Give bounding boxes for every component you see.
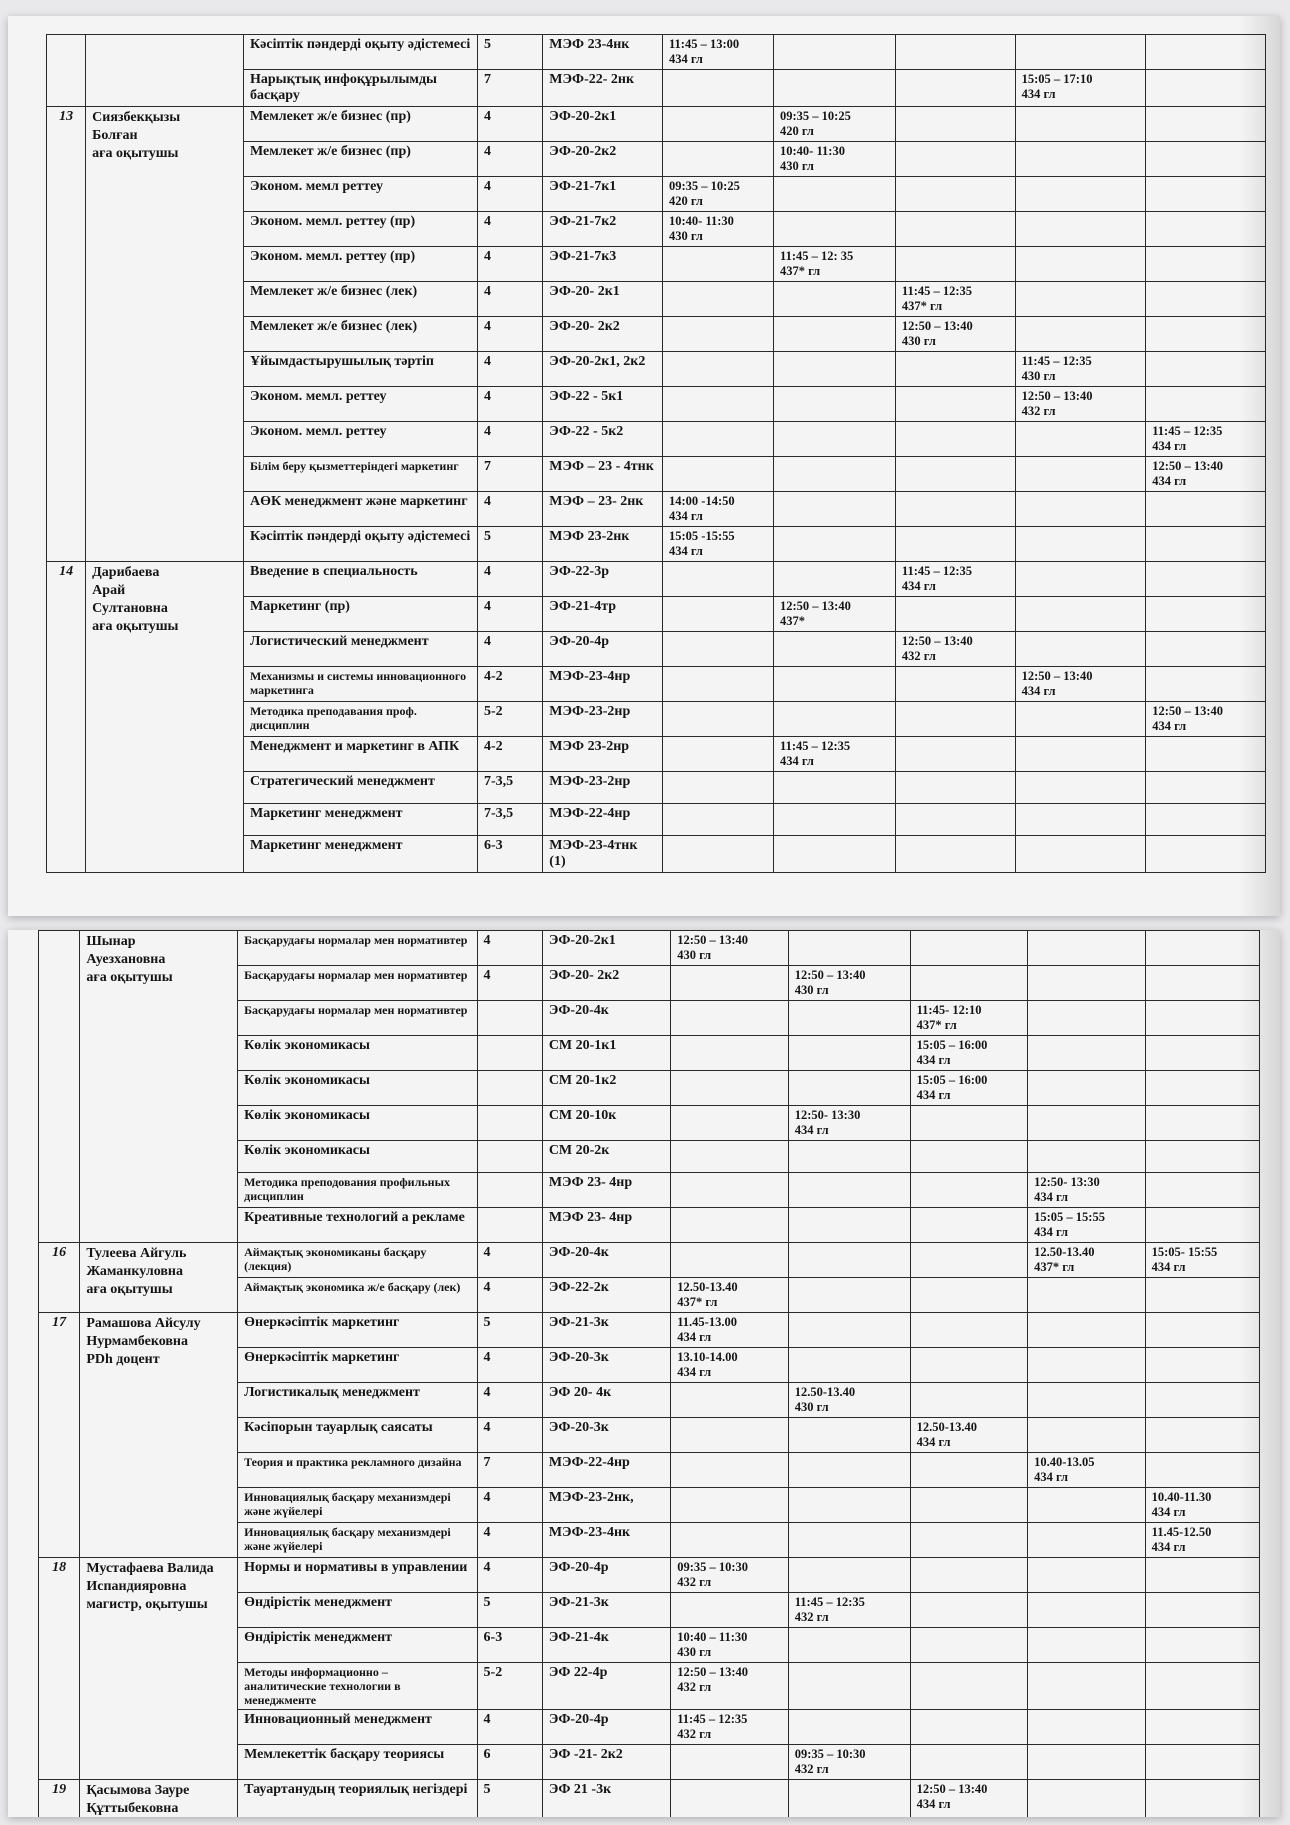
time-slot-cell — [895, 212, 1015, 247]
time-slot-cell — [910, 931, 1028, 966]
time-slot-cell — [1146, 387, 1266, 422]
teacher-cell: ДарибаеваАрайСултановнааға оқытушы — [86, 562, 244, 873]
time-slot-cell — [1146, 772, 1266, 804]
group-cell: ЭФ 21 -3к — [542, 1780, 670, 1818]
time-slot-cell — [910, 1628, 1028, 1663]
time-slot-cell — [910, 1663, 1028, 1710]
slot-time: 12:50- 13:30 — [1034, 1175, 1139, 1190]
slot-time: 15:05- 15:55 — [1152, 1245, 1253, 1260]
time-slot-cell — [788, 1488, 910, 1523]
time-slot-cell — [1146, 527, 1266, 562]
time-slot-cell — [1015, 212, 1146, 247]
time-slot-cell: 09:35 – 10:30432 гл — [788, 1745, 910, 1780]
teacher-cell: Тулеева АйгульЖаманкуловнааға оқытушы — [80, 1243, 238, 1313]
time-slot-cell — [1028, 1348, 1146, 1383]
time-slot-cell — [1145, 1745, 1259, 1780]
time-slot-cell — [1015, 35, 1146, 70]
time-slot-cell — [671, 1745, 789, 1780]
time-slot-cell — [895, 597, 1015, 632]
time-slot-cell: 10.40-11.30434 гл — [1145, 1488, 1259, 1523]
time-slot-cell — [671, 1071, 789, 1106]
group-cell: ЭФ-20-2к2 — [543, 142, 663, 177]
time-slot-cell — [1015, 836, 1146, 873]
subject-cell: Введение в специальность — [243, 562, 477, 597]
group-cell: МЭФ-23-2нр — [543, 702, 663, 737]
teacher-name-line: аға оқытушы — [92, 618, 237, 636]
time-slot-cell: 10:40 – 11:30430 гл — [671, 1628, 789, 1663]
slot-room: 434 гл — [1152, 1540, 1253, 1555]
slot-room: 432 гл — [902, 649, 1009, 664]
teacher-number: 18 — [39, 1558, 80, 1780]
time-slot-cell — [910, 1313, 1028, 1348]
time-slot-cell — [671, 1488, 789, 1523]
time-slot-cell — [1028, 1141, 1146, 1173]
time-slot-cell — [1145, 1036, 1259, 1071]
group-cell: ЭФ-20-4р — [542, 1558, 670, 1593]
time-slot-cell — [1145, 1071, 1259, 1106]
time-slot-cell — [895, 70, 1015, 107]
teacher-cell: ШынарАуезхановнааға оқытушы — [80, 931, 238, 1243]
subject-cell: Методы информационно – аналитические тех… — [238, 1663, 477, 1710]
time-slot-cell — [1146, 352, 1266, 387]
subject-cell: Білім беру қызметтеріндегі маркетинг — [243, 457, 477, 492]
group-cell: ЭФ-21-4тр — [543, 597, 663, 632]
time-slot-cell — [1146, 317, 1266, 352]
credits-cell: 4 — [477, 1418, 542, 1453]
subject-cell: Инновациялық басқару механизмдері және ж… — [238, 1488, 477, 1523]
time-slot-cell — [910, 1243, 1028, 1278]
slot-room: 434 гл — [669, 544, 767, 559]
subject-cell: Методика преподования профильных дисципл… — [238, 1173, 477, 1208]
time-slot-cell — [774, 804, 896, 836]
credits-cell: 4 — [477, 1243, 542, 1278]
slot-room: 437* гл — [780, 264, 889, 279]
time-slot-cell: 15:05 -15:55434 гл — [663, 527, 774, 562]
slot-time: 12.50-13.40 — [1034, 1245, 1139, 1260]
slot-time: 15:05 – 16:00 — [917, 1073, 1022, 1088]
teacher-name-line: магистр, оқытушы — [86, 1596, 231, 1614]
time-slot-cell — [1015, 562, 1146, 597]
slot-room: 437* гл — [1034, 1260, 1139, 1275]
time-slot-cell — [1145, 1173, 1259, 1208]
time-slot-cell — [1146, 142, 1266, 177]
group-cell: ЭФ-20-2к1 — [542, 931, 670, 966]
group-cell: ЭФ 22-4р — [542, 1663, 670, 1710]
time-slot-cell — [1145, 1313, 1259, 1348]
subject-cell: Маркетинг менеджмент — [243, 804, 477, 836]
time-slot-cell — [1146, 804, 1266, 836]
time-slot-cell — [774, 702, 896, 737]
time-slot-cell: 11.45-13.00434 гл — [671, 1313, 789, 1348]
slot-time: 11:45 – 12:35 — [902, 284, 1009, 299]
time-slot-cell — [910, 1558, 1028, 1593]
time-slot-cell: 12.50-13.40430 гл — [788, 1383, 910, 1418]
time-slot-cell: 11:45 – 12: 35437* гл — [774, 247, 896, 282]
time-slot-cell: 09:35 – 10:25420 гл — [663, 177, 774, 212]
slot-room: 437* — [780, 614, 889, 629]
time-slot-cell — [663, 247, 774, 282]
time-slot-cell — [788, 1071, 910, 1106]
time-slot-cell — [895, 804, 1015, 836]
time-slot-cell — [1028, 1488, 1146, 1523]
credits-cell: 4 — [477, 142, 542, 177]
slot-time: 10.40-11.30 — [1152, 1490, 1253, 1505]
time-slot-cell — [895, 836, 1015, 873]
time-slot-cell — [671, 1106, 789, 1141]
slot-room: 430 гл — [1022, 369, 1140, 384]
time-slot-cell: 11.45-12.50434 гл — [1145, 1523, 1259, 1558]
document-page-1: Кәсіптік пәндерді оқыту әдістемесі5МЭФ 2… — [8, 16, 1280, 916]
subject-cell: Кәсіптік пәндерді оқыту әдістемесі — [243, 527, 477, 562]
time-slot-cell — [1145, 1418, 1259, 1453]
slot-time: 12:50 – 13:40 — [1022, 389, 1140, 404]
slot-time: 11:45 – 12: 35 — [780, 249, 889, 264]
teacher-name-line: Султановна — [92, 600, 237, 618]
time-slot-cell — [910, 1278, 1028, 1313]
time-slot-cell — [910, 966, 1028, 1001]
time-slot-cell: 11:45 – 13:00434 гл — [663, 35, 774, 70]
time-slot-cell — [895, 177, 1015, 212]
group-cell: МЭФ-23-4нк — [542, 1523, 670, 1558]
slot-time: 12.50-13.40 — [795, 1385, 904, 1400]
group-cell: ЭФ-20- 2к1 — [543, 282, 663, 317]
time-slot-cell — [663, 597, 774, 632]
subject-cell: Мемлекет ж/е бизнес (пр) — [243, 142, 477, 177]
slot-room: 434 гл — [1022, 87, 1140, 102]
time-slot-cell — [1015, 107, 1146, 142]
group-cell: МЭФ-22-4нр — [543, 804, 663, 836]
time-slot-cell — [1146, 35, 1266, 70]
teacher-name-line: Жаманкуловна — [86, 1263, 231, 1281]
time-slot-cell — [895, 387, 1015, 422]
slot-time: 11:45 – 13:00 — [669, 37, 767, 52]
subject-cell: Механизмы и системы инновационного марке… — [243, 667, 477, 702]
credits-cell — [477, 1208, 542, 1243]
slot-room: 434 гл — [780, 754, 889, 769]
time-slot-cell — [1028, 966, 1146, 1001]
credits-cell: 4 — [477, 562, 542, 597]
time-slot-cell — [788, 1173, 910, 1208]
time-slot-cell — [788, 1278, 910, 1313]
time-slot-cell — [774, 212, 896, 247]
time-slot-cell — [1015, 772, 1146, 804]
time-slot-cell — [774, 772, 896, 804]
teacher-number — [39, 931, 80, 1243]
subject-cell: Өнеркәсіптік маркетинг — [238, 1313, 477, 1348]
teacher-name-line: Сиязбекқызы — [92, 109, 237, 127]
teacher-name-line: Нурмамбековна — [86, 1333, 231, 1351]
credits-cell: 5 — [477, 1780, 542, 1818]
time-slot-cell — [895, 457, 1015, 492]
time-slot-cell — [788, 1348, 910, 1383]
slot-room: 434 гл — [917, 1435, 1022, 1450]
slot-time: 12:50 – 13:40 — [917, 1782, 1022, 1797]
credits-cell: 4 — [477, 212, 542, 247]
time-slot-cell: 11:45 – 12:35432 гл — [671, 1710, 789, 1745]
time-slot-cell — [1028, 1106, 1146, 1141]
time-slot-cell — [1145, 1780, 1259, 1818]
time-slot-cell — [1145, 1141, 1259, 1173]
table-row: 19Қасымова ЗауреҚұттыбековнаТауартанудың… — [39, 1780, 1260, 1818]
time-slot-cell — [1015, 527, 1146, 562]
time-slot-cell — [1028, 1710, 1146, 1745]
time-slot-cell — [895, 352, 1015, 387]
time-slot-cell — [1028, 1780, 1146, 1818]
group-cell: ЭФ-21-3к — [542, 1593, 670, 1628]
time-slot-cell: 11:45 – 12:35434 гл — [774, 737, 896, 772]
group-cell: ЭФ-22 - 5к2 — [543, 422, 663, 457]
time-slot-cell — [671, 1243, 789, 1278]
time-slot-cell — [788, 1628, 910, 1663]
time-slot-cell — [1015, 702, 1146, 737]
time-slot-cell — [1146, 562, 1266, 597]
time-slot-cell: 12:50 – 13:40434 гл — [910, 1780, 1028, 1818]
time-slot-cell — [788, 1780, 910, 1818]
slot-time: 11:45 – 12:35 — [677, 1712, 782, 1727]
time-slot-cell — [1015, 247, 1146, 282]
slot-time: 12:50 – 13:40 — [1152, 704, 1259, 719]
group-cell: МЭФ-23-2нк, — [542, 1488, 670, 1523]
subject-cell: Логистический менеджмент — [243, 632, 477, 667]
time-slot-cell — [1015, 804, 1146, 836]
subject-cell: Эконом. мемл. реттеу — [243, 387, 477, 422]
subject-cell: Мемлекет ж/е бизнес (пр) — [243, 107, 477, 142]
time-slot-cell: 15:05- 15:55434 гл — [1145, 1243, 1259, 1278]
subject-cell: Кәсіпорын тауарлық саясаты — [238, 1418, 477, 1453]
teacher-number: 14 — [47, 562, 86, 873]
time-slot-cell — [1146, 247, 1266, 282]
time-slot-cell — [788, 1453, 910, 1488]
teacher-name-line: Арай — [92, 582, 237, 600]
document-page-2: ШынарАуезхановнааға оқытушыБасқарудағы н… — [8, 930, 1280, 1817]
slot-time: 15:05 – 17:10 — [1022, 72, 1140, 87]
teacher-name-line: Құттыбековна — [86, 1800, 231, 1817]
time-slot-cell — [663, 737, 774, 772]
subject-cell: Нормы и нормативы в управлении — [238, 1558, 477, 1593]
subject-cell: Көлік экономикасы — [238, 1106, 477, 1141]
time-slot-cell — [1146, 667, 1266, 702]
time-slot-cell — [1028, 1523, 1146, 1558]
group-cell: ЭФ-20-4к — [542, 1243, 670, 1278]
group-cell: ЭФ -21- 2к2 — [542, 1745, 670, 1780]
subject-cell: Көлік экономикасы — [238, 1141, 477, 1173]
time-slot-cell — [1146, 737, 1266, 772]
slot-room: 434 гл — [795, 1123, 904, 1138]
slot-room: 434 гл — [917, 1053, 1022, 1068]
teacher-number: 17 — [39, 1313, 80, 1558]
group-cell: СМ 20-1к2 — [542, 1071, 670, 1106]
credits-cell: 5 — [477, 1313, 542, 1348]
time-slot-cell — [895, 107, 1015, 142]
subject-cell: Мемлекет ж/е бизнес (лек) — [243, 317, 477, 352]
time-slot-cell: 12:50 – 13:40432 гл — [895, 632, 1015, 667]
slot-room: 434 гл — [1152, 1260, 1253, 1275]
slot-time: 15:05 – 16:00 — [917, 1038, 1022, 1053]
credits-cell: 4 — [477, 966, 542, 1001]
time-slot-cell — [1146, 70, 1266, 107]
teacher-number: 16 — [39, 1243, 80, 1313]
time-slot-cell — [663, 352, 774, 387]
time-slot-cell — [910, 1348, 1028, 1383]
slot-room: 434 гл — [1034, 1470, 1139, 1485]
subject-cell: Эконом. мемл. реттеу — [243, 422, 477, 457]
time-slot-cell — [1146, 177, 1266, 212]
time-slot-cell — [1146, 632, 1266, 667]
credits-cell: 7 — [477, 70, 542, 107]
time-slot-cell — [910, 1710, 1028, 1745]
group-cell: ЭФ-20-2к1, 2к2 — [543, 352, 663, 387]
time-slot-cell: 15:05 – 16:00434 гл — [910, 1036, 1028, 1071]
teacher-name-line: Мустафаева Валида — [86, 1560, 231, 1578]
time-slot-cell — [788, 1208, 910, 1243]
subject-cell: Өндірістік менеджмент — [238, 1628, 477, 1663]
slot-time: 12.50-13.40 — [917, 1420, 1022, 1435]
time-slot-cell: 10:40- 11:30430 гл — [663, 212, 774, 247]
credits-cell: 5 — [477, 35, 542, 70]
table-row: 14ДарибаеваАрайСултановнааға оқытушыВвед… — [47, 562, 1266, 597]
subject-cell: Маркетинг (пр) — [243, 597, 477, 632]
time-slot-cell — [1145, 1663, 1259, 1710]
time-slot-cell — [671, 966, 789, 1001]
table-row: ШынарАуезхановнааға оқытушыБасқарудағы н… — [39, 931, 1260, 966]
time-slot-cell — [895, 247, 1015, 282]
subject-cell: Маркетинг менеджмент — [243, 836, 477, 873]
slot-time: 11:45 – 12:35 — [795, 1595, 904, 1610]
time-slot-cell — [774, 177, 896, 212]
schedule-table-page-1: Кәсіптік пәндерді оқыту әдістемесі5МЭФ 2… — [46, 34, 1266, 873]
time-slot-cell — [910, 1141, 1028, 1173]
slot-room: 434 гл — [1034, 1225, 1139, 1240]
teacher-name-line: аға оқытушы — [86, 969, 231, 987]
time-slot-cell — [1145, 1106, 1259, 1141]
teacher-name-line: аға оқытушы — [86, 1281, 231, 1299]
time-slot-cell: 13.10-14.00434 гл — [671, 1348, 789, 1383]
time-slot-cell — [1028, 1628, 1146, 1663]
slot-room: 434 гл — [1152, 474, 1259, 489]
time-slot-cell — [663, 772, 774, 804]
subject-cell: Көлік экономикасы — [238, 1071, 477, 1106]
credits-cell — [477, 1173, 542, 1208]
credits-cell: 4 — [477, 632, 542, 667]
slot-room: 434 гл — [1152, 1505, 1253, 1520]
credits-cell: 5 — [477, 1593, 542, 1628]
credits-cell: 5-2 — [477, 1663, 542, 1710]
group-cell: ЭФ-20-4к — [542, 1001, 670, 1036]
time-slot-cell — [1028, 1036, 1146, 1071]
time-slot-cell — [663, 702, 774, 737]
group-cell: ЭФ-20-3к — [542, 1418, 670, 1453]
time-slot-cell — [1015, 177, 1146, 212]
time-slot-cell — [1015, 282, 1146, 317]
subject-cell: Аймақтық экономика ж/е басқару (лек) — [238, 1278, 477, 1313]
credits-cell: 7 — [477, 457, 542, 492]
teacher-number — [47, 35, 86, 107]
time-slot-cell — [910, 1383, 1028, 1418]
slot-room: 434 гл — [1022, 684, 1140, 699]
group-cell: МЭФ 23-4нк — [543, 35, 663, 70]
time-slot-cell: 11:45 – 12:35432 гл — [788, 1593, 910, 1628]
time-slot-cell: 11:45 – 12:35437* гл — [895, 282, 1015, 317]
time-slot-cell — [788, 1243, 910, 1278]
time-slot-cell — [1028, 1383, 1146, 1418]
time-slot-cell: 15:05 – 16:00434 гл — [910, 1071, 1028, 1106]
time-slot-cell — [1146, 212, 1266, 247]
credits-cell: 6-3 — [477, 1628, 542, 1663]
group-cell: ЭФ-21-4к — [542, 1628, 670, 1663]
slot-time: 10.40-13.05 — [1034, 1455, 1139, 1470]
slot-time: 12:50 – 13:40 — [795, 968, 904, 983]
time-slot-cell — [671, 1453, 789, 1488]
time-slot-cell — [671, 1780, 789, 1818]
time-slot-cell — [1145, 966, 1259, 1001]
time-slot-cell — [1146, 107, 1266, 142]
slot-room: 434 гл — [902, 579, 1009, 594]
time-slot-cell — [1145, 931, 1259, 966]
time-slot-cell — [1145, 1593, 1259, 1628]
slot-time: 12:50- 13:30 — [795, 1108, 904, 1123]
time-slot-cell — [663, 282, 774, 317]
group-cell: ЭФ-21-3к — [542, 1313, 670, 1348]
teacher-name-line: Қасымова Зауре — [86, 1782, 231, 1800]
group-cell: МЭФ 23- 4нр — [542, 1173, 670, 1208]
slot-room: 432 гл — [677, 1727, 782, 1742]
slot-room: 434 гл — [677, 1330, 782, 1345]
credits-cell: 7-3,5 — [477, 804, 542, 836]
subject-cell: Эконом. мемл. реттеу (пр) — [243, 247, 477, 282]
time-slot-cell: 10:40- 11:30430 гл — [774, 142, 896, 177]
group-cell: ЭФ-22-3р — [543, 562, 663, 597]
time-slot-cell — [663, 804, 774, 836]
slot-room: 432 гл — [795, 1762, 904, 1777]
time-slot-cell — [663, 107, 774, 142]
table-row: 17Рамашова АйсулуНурмамбековнаPDh доцент… — [39, 1313, 1260, 1348]
time-slot-cell: 11:45- 12:10437* гл — [910, 1001, 1028, 1036]
group-cell: ЭФ-20-2к1 — [543, 107, 663, 142]
group-cell: ЭФ-21-7к2 — [543, 212, 663, 247]
time-slot-cell — [663, 836, 774, 873]
subject-cell: АӨК менеджмент және маркетинг — [243, 492, 477, 527]
time-slot-cell — [1146, 492, 1266, 527]
credits-cell: 4 — [477, 1558, 542, 1593]
subject-cell: Ұйымдастырушылық тәртіп — [243, 352, 477, 387]
time-slot-cell — [895, 422, 1015, 457]
slot-room: 432 гл — [795, 1610, 904, 1625]
time-slot-cell: 12:50 – 13:40434 гл — [1146, 702, 1266, 737]
group-cell: МЭФ – 23- 2нк — [543, 492, 663, 527]
subject-cell: Мемлекеттік басқару теориясы — [238, 1745, 477, 1780]
slot-room: 432 гл — [677, 1680, 782, 1695]
time-slot-cell: 12:50 – 13:40430 гл — [895, 317, 1015, 352]
slot-room: 430 гл — [669, 229, 767, 244]
table-row: 13СиязбекқызыБолғанаға оқытушыМемлекет ж… — [47, 107, 1266, 142]
credits-cell — [477, 1071, 542, 1106]
credits-cell: 4 — [477, 1383, 542, 1418]
subject-cell: Басқарудағы нормалар мен нормативтер — [238, 931, 477, 966]
slot-time: 11:45 – 12:35 — [780, 739, 889, 754]
time-slot-cell — [1015, 422, 1146, 457]
slot-time: 11.45-13.00 — [677, 1315, 782, 1330]
time-slot-cell — [1145, 1453, 1259, 1488]
credits-cell: 4 — [477, 1278, 542, 1313]
teacher-cell: Қасымова ЗауреҚұттыбековна — [80, 1780, 238, 1818]
slot-room: 432 гл — [1022, 404, 1140, 419]
slot-time: 15:05 -15:55 — [669, 529, 767, 544]
credits-cell: 5-2 — [477, 702, 542, 737]
teacher-name-line: Рамашова Айсулу — [86, 1315, 231, 1333]
group-cell: ЭФ 20- 4к — [542, 1383, 670, 1418]
time-slot-cell — [1015, 737, 1146, 772]
teacher-name-line: аға оқытушы — [92, 145, 237, 163]
